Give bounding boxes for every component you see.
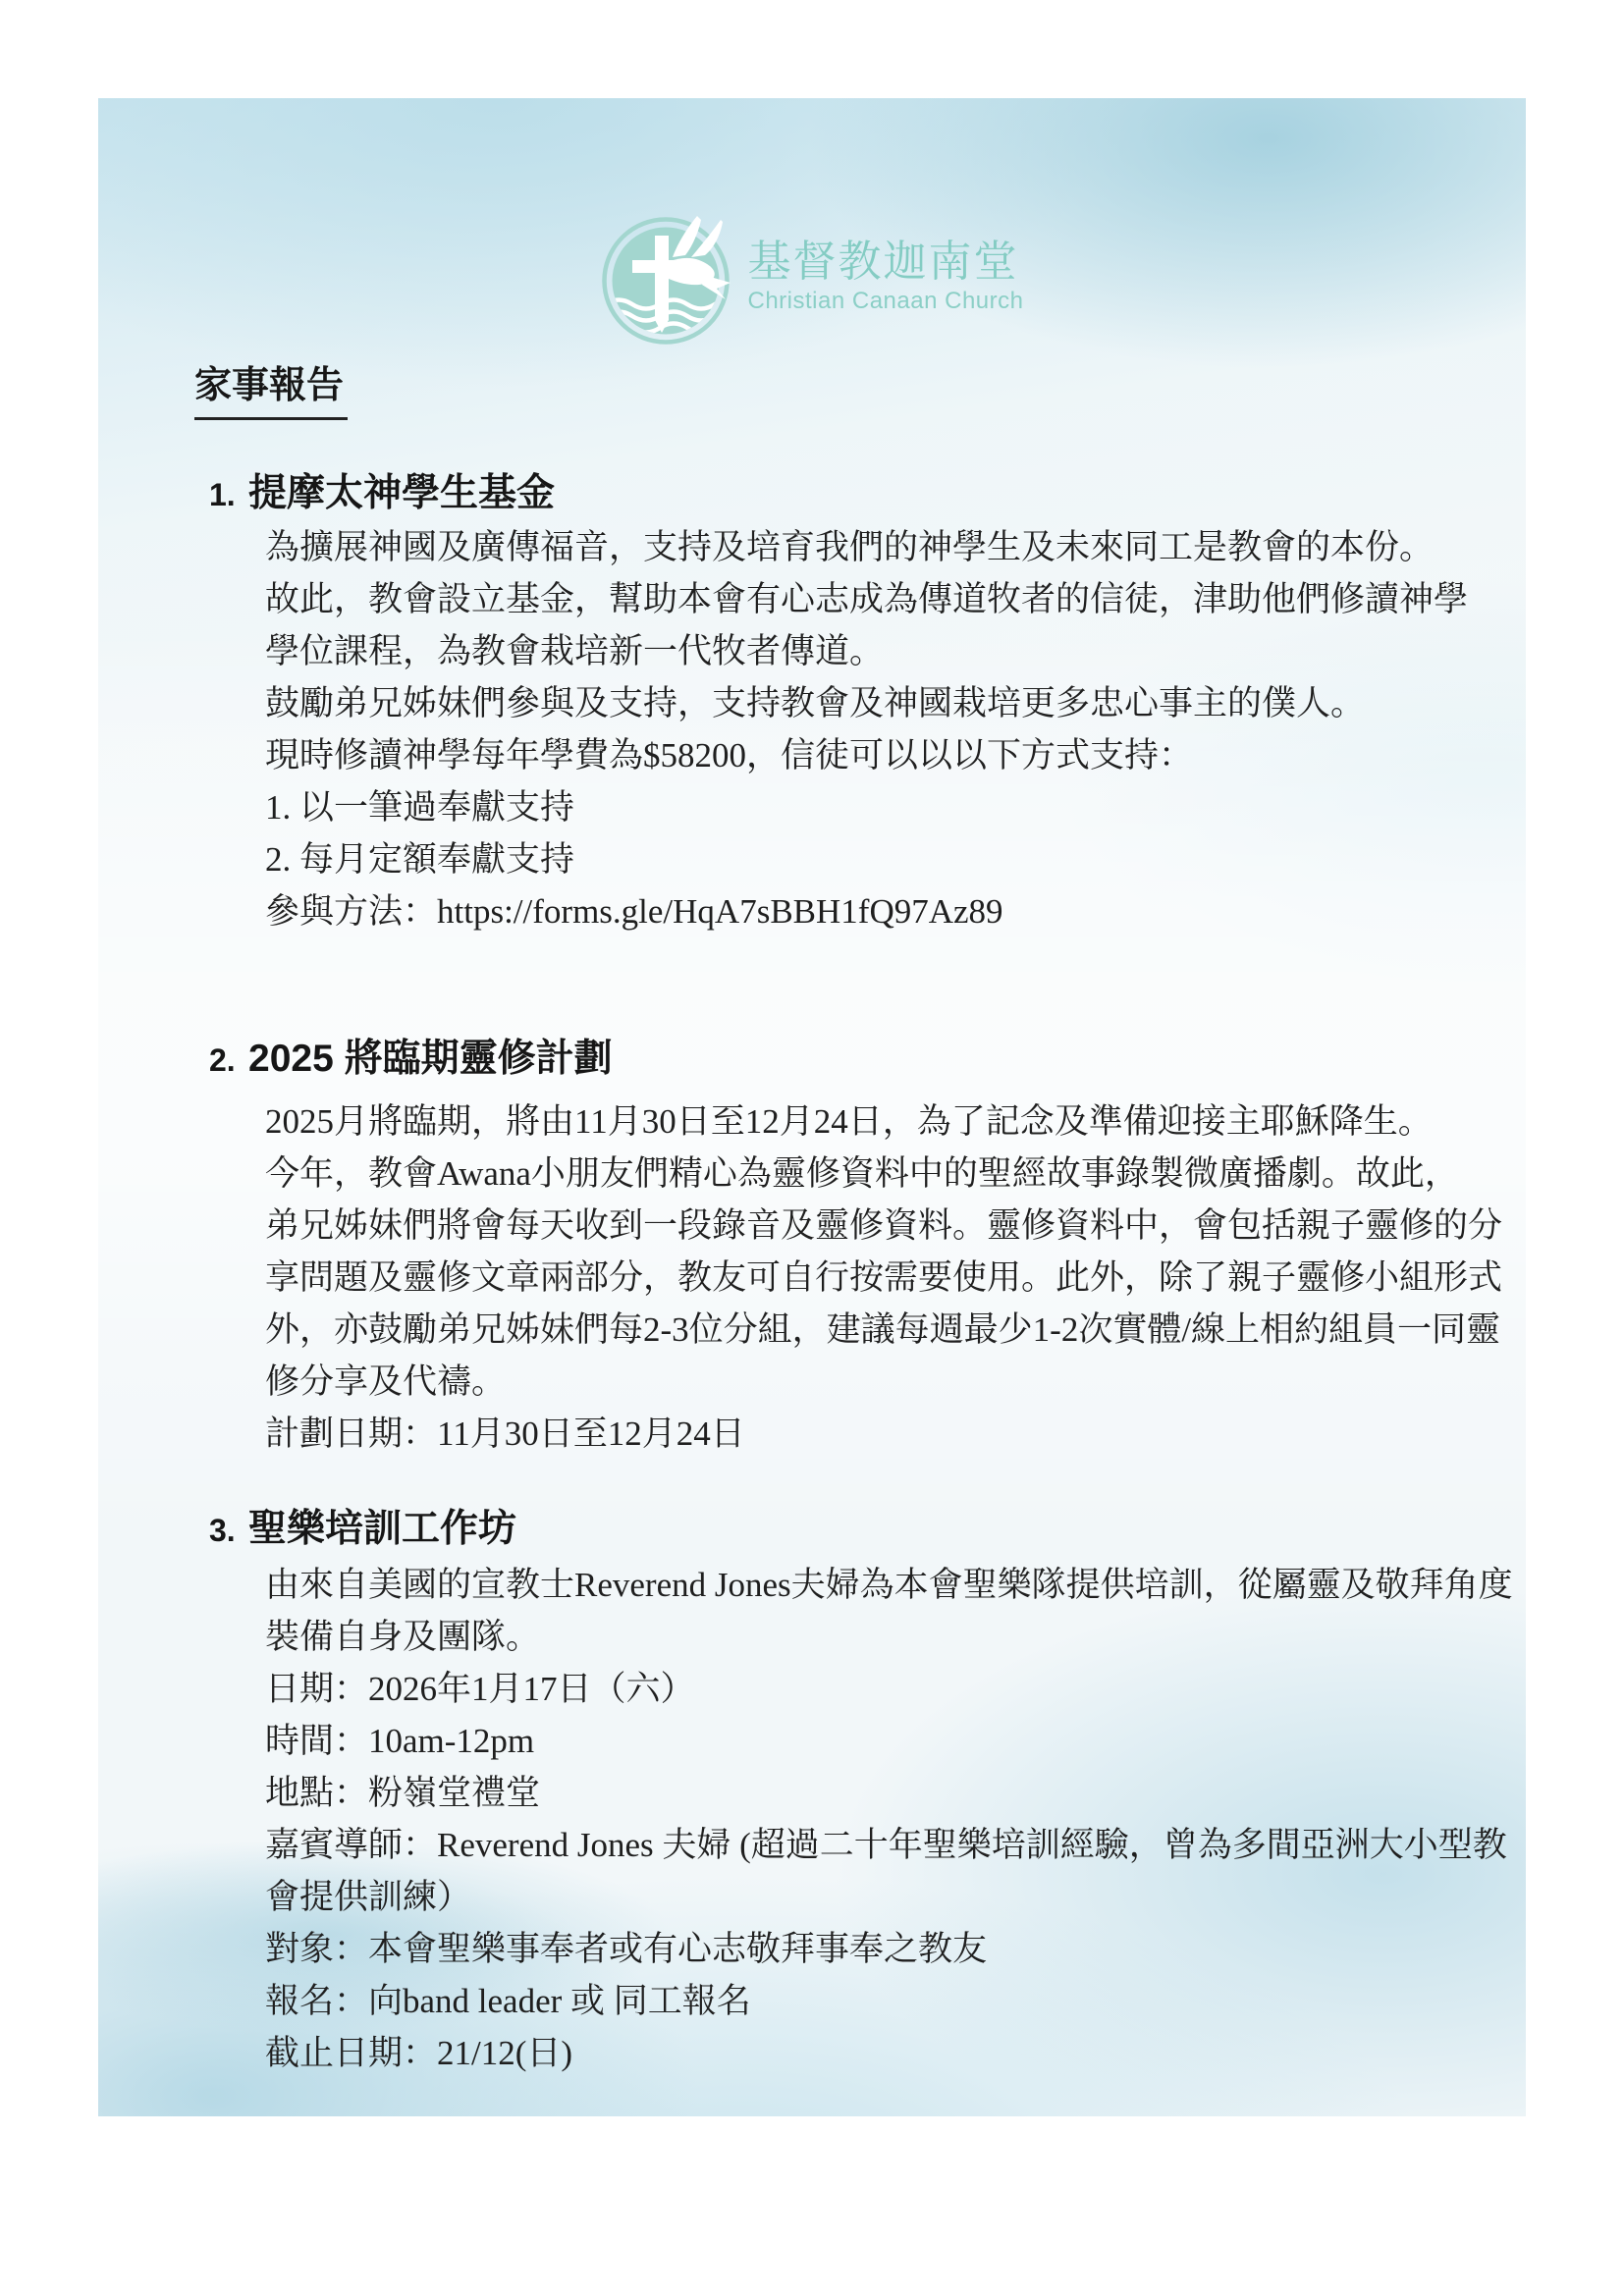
church-name-zh: 基督教迦南堂: [748, 238, 1024, 287]
body-line: 享問題及靈修文章兩部分，教友可自行按需要使用。此外，除了親子靈修小組形式: [265, 1252, 1502, 1304]
body-line: 對象：本會聖樂事奉者或有心志敬拜事奉之教友: [265, 1923, 1513, 1975]
section-number: 2.: [209, 1042, 248, 1079]
body-line: 1. 以一筆過奉獻支持: [265, 781, 1468, 833]
body-line: 日期：2026年1月17日（六）: [265, 1663, 1513, 1715]
church-logo: 基督教迦南堂 Christian Canaan Church: [98, 216, 1526, 346]
page-title: 家事報告: [194, 363, 348, 420]
announcement-page: { "page": { "background": "#ffffff", "ca…: [0, 0, 1624, 2296]
signup-label: 參與方法：: [265, 892, 437, 931]
body-line: 今年，教會Awana小朋友們精心為靈修資料中的聖經故事錄製微廣播劇。故此，: [265, 1148, 1502, 1200]
body-line: 截止日期：21/12(日): [265, 2027, 1513, 2079]
body-line: 計劃日期：11月30日至12月24日: [265, 1408, 1502, 1460]
section-number: 3.: [209, 1513, 248, 1549]
section-3-heading: 3. 聖樂培訓工作坊: [209, 1507, 516, 1552]
body-line: 故此，教會設立基金，幫助本會有心志成為傳道牧者的信徒，津助他們修讀神學: [265, 573, 1468, 625]
body-line: 弟兄姊妹們將會每天收到一段錄音及靈修資料。靈修資料中，會包括親子靈修的分: [265, 1200, 1502, 1252]
body-line: 鼓勵弟兄姊妹們參與及支持，支持教會及神國栽培更多忠心事主的僕人。: [265, 677, 1468, 729]
body-line: 現時修讀神學每年學費為$58200，信徒可以以以下方式支持：: [265, 729, 1468, 781]
body-line: 外，亦鼓勵弟兄姊妹們每2-3位分組，建議每週最少1-2次實體/線上相約組員一同靈: [265, 1304, 1502, 1356]
body-line: 會提供訓練）: [265, 1871, 1513, 1923]
section-2-heading: 2. 2025 將臨期靈修計劃: [209, 1037, 613, 1082]
body-line: 時間：10am-12pm: [265, 1715, 1513, 1767]
body-line: 學位課程，為教會栽培新一代牧者傳道。: [265, 625, 1468, 677]
body-line: 報名：向band leader 或 同工報名: [265, 1975, 1513, 2027]
body-line: 為擴展神國及廣傳福音，支持及培育我們的神學生及未來同工是教會的本份。: [265, 521, 1468, 573]
body-line: 由來自美國的宣教士Reverend Jones夫婦為本會聖樂隊提供培訓，從屬靈及…: [265, 1559, 1513, 1611]
watercolor-page-background: 基督教迦南堂 Christian Canaan Church 家事報告 1. 提…: [98, 98, 1526, 2116]
body-line: 2. 每月定額奉獻支持: [265, 833, 1468, 885]
section-title: 2025 將臨期靈修計劃: [248, 1037, 613, 1082]
signup-line: 參與方法：https://forms.gle/HqA7sBBH1fQ97Az89: [265, 885, 1468, 937]
section-title: 提摩太神學生基金: [248, 471, 555, 516]
section-1-body: 為擴展神國及廣傳福音，支持及培育我們的神學生及未來同工是教會的本份。 故此，教會…: [265, 521, 1468, 937]
church-name-en: Christian Canaan Church: [748, 288, 1024, 315]
body-line: 2025月將臨期，將由11月30日至12月24日，為了記念及準備迎接主耶穌降生。: [265, 1095, 1502, 1148]
section-3-body: 由來自美國的宣教士Reverend Jones夫婦為本會聖樂隊提供培訓，從屬靈及…: [265, 1559, 1513, 2079]
body-line: 修分享及代禱。: [265, 1356, 1502, 1408]
signup-url[interactable]: https://forms.gle/HqA7sBBH1fQ97Az89: [437, 892, 1003, 931]
section-number: 1.: [209, 477, 248, 513]
section-1-heading: 1. 提摩太神學生基金: [209, 471, 555, 516]
section-title: 聖樂培訓工作坊: [248, 1507, 516, 1552]
church-logo-icon: [601, 216, 731, 346]
logo-text: 基督教迦南堂 Christian Canaan Church: [748, 216, 1024, 315]
body-line: 嘉賓導師：Reverend Jones 夫婦 (超過二十年聖樂培訓經驗，曾為多間…: [265, 1819, 1513, 1871]
body-line: 裝備自身及團隊。: [265, 1611, 1513, 1663]
body-line: 地點：粉嶺堂禮堂: [265, 1767, 1513, 1819]
section-2-body: 2025月將臨期，將由11月30日至12月24日，為了記念及準備迎接主耶穌降生。…: [265, 1095, 1502, 1460]
